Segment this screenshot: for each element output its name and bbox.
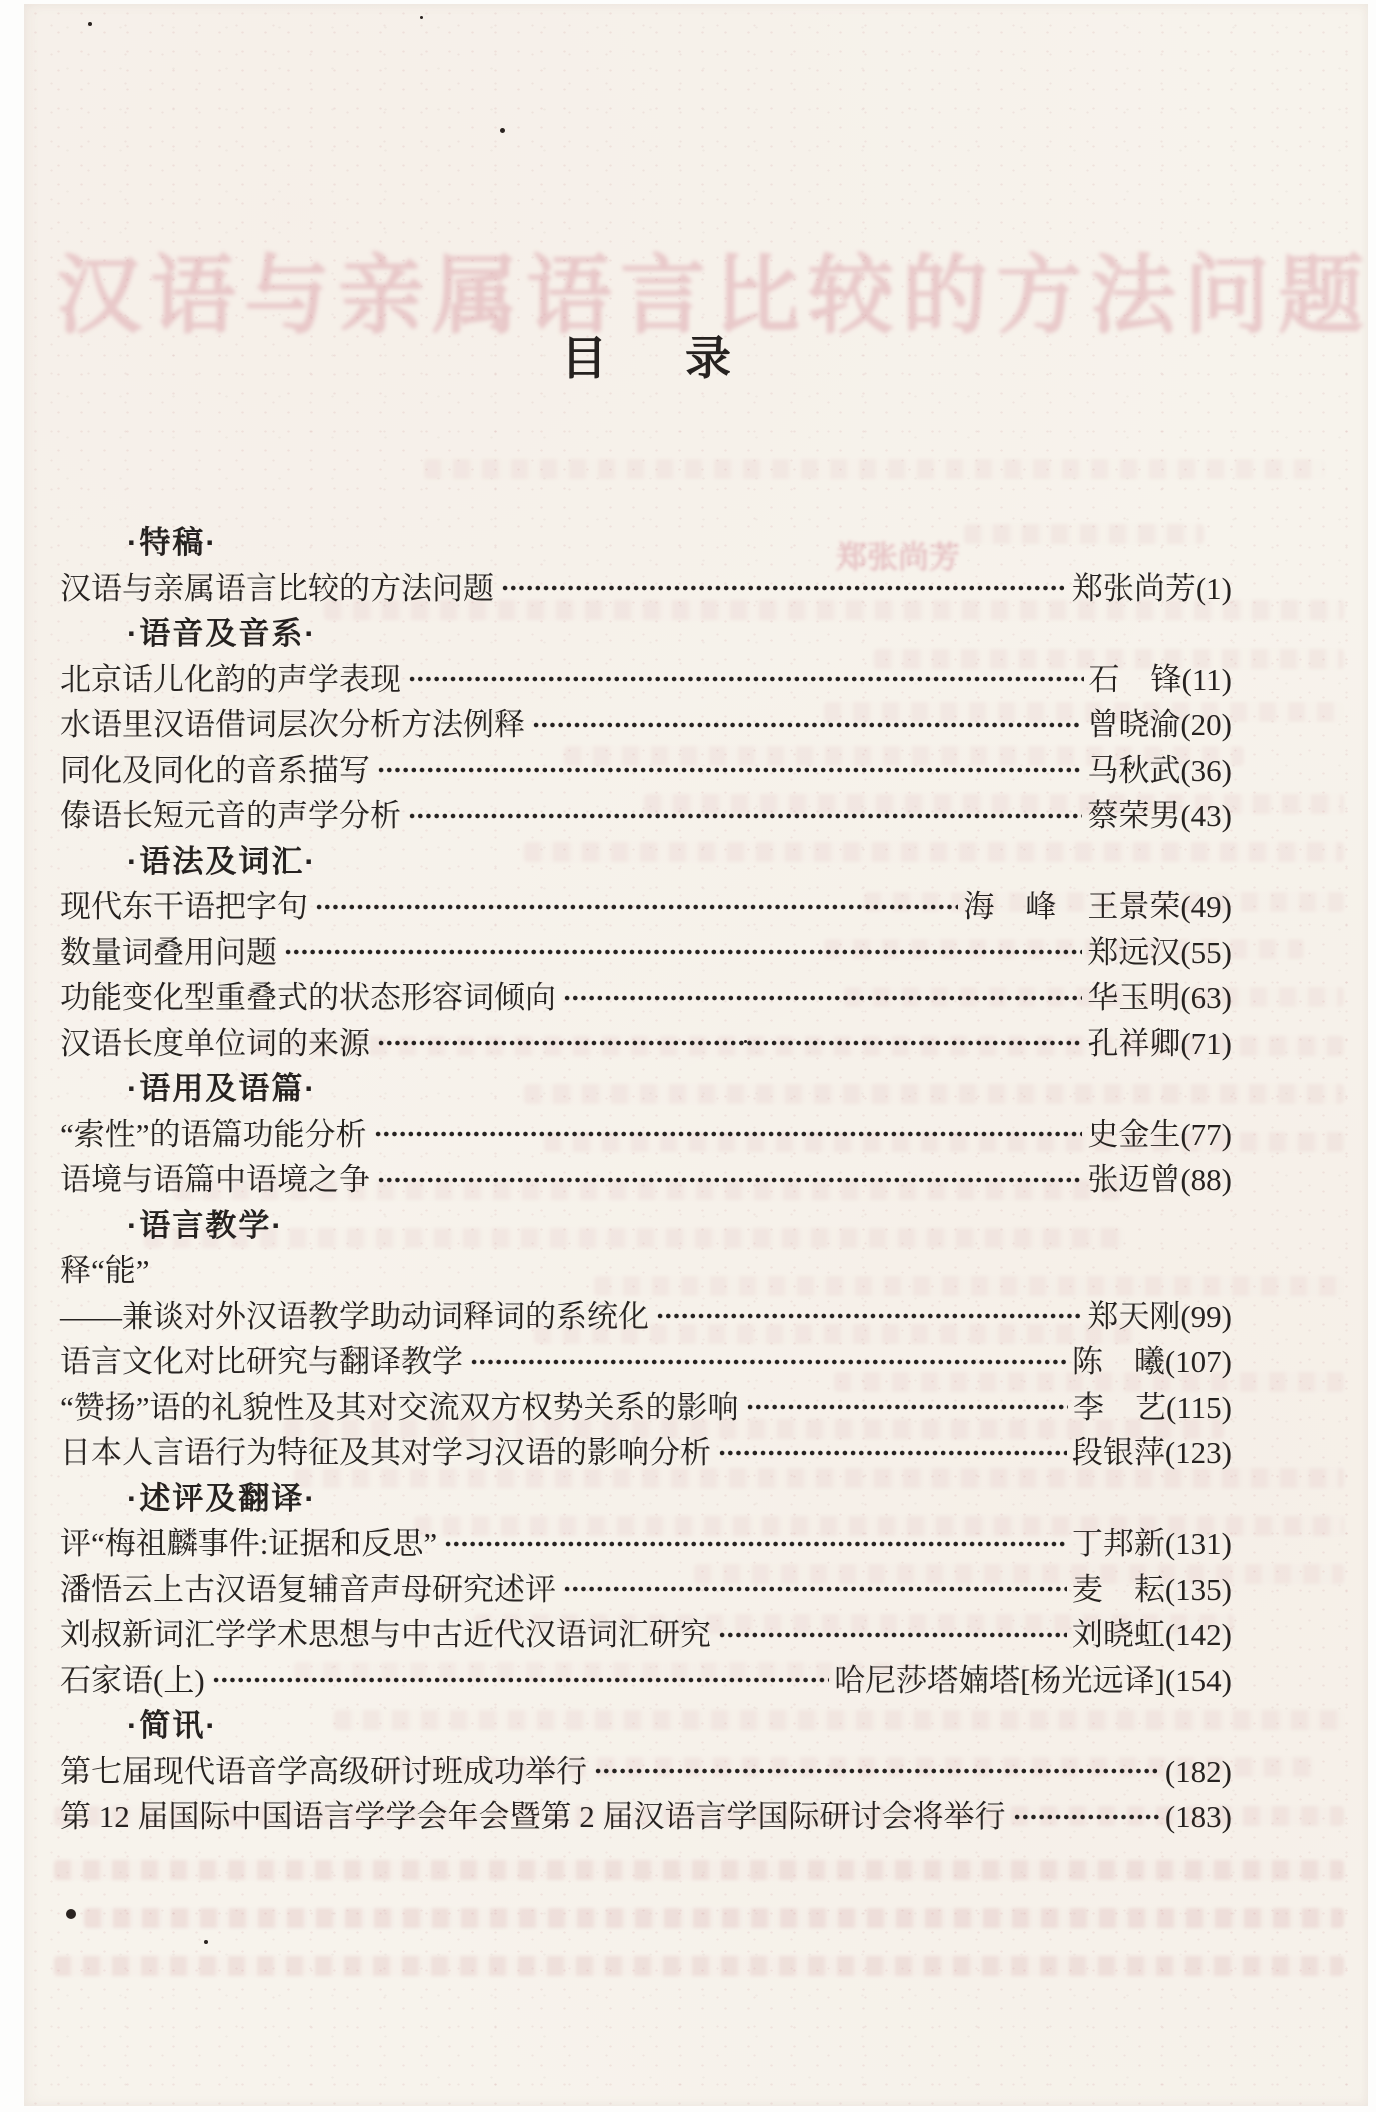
entry-author: 李 艺 <box>1073 1392 1166 1423</box>
entry-page-number: (131) <box>1165 1528 1232 1559</box>
scanner-background: 汉语与亲属语言比较的方法问题 郑张尚芳 目录 ·特稿·汉语与亲属语言比较的方法问… <box>0 0 1376 2112</box>
entry-page-number: (1) <box>1196 573 1232 604</box>
entry-title: 第 12 届国际中国语言学学会年会暨第 2 届汉语言学国际研讨会将举行 <box>60 1801 1006 1832</box>
ink-speck <box>66 1909 76 1919</box>
entry-title: ——兼谈对外汉语教学助动词释词的系统化 <box>60 1301 649 1332</box>
entry-page-number: (43) <box>1180 800 1232 831</box>
entry-page-number: (55) <box>1180 937 1232 968</box>
entry-page-number: (11) <box>1182 664 1233 695</box>
entry-author: 刘晓虹 <box>1072 1619 1165 1650</box>
bleedthrough-line <box>54 1860 1344 1880</box>
entry-author: 陈 曦 <box>1072 1346 1165 1377</box>
entry-author: 郑天刚 <box>1087 1301 1180 1332</box>
entry-author: 曾晓渝 <box>1087 709 1180 740</box>
toc-entry: 第七届现代语音学高级研讨班成功举行(182) <box>60 1749 1232 1795</box>
entry-page-number: (135) <box>1165 1574 1232 1605</box>
entry-title: “赞扬”语的礼貌性及其对交流双方权势关系的影响 <box>60 1392 739 1423</box>
entry-author: 张迈曾 <box>1087 1164 1180 1195</box>
toc-entry: 日本人言语行为特征及其对学习汉语的影响分析段银萍(123) <box>60 1430 1232 1476</box>
entry-title: 汉语与亲属语言比较的方法问题 <box>60 573 494 604</box>
dotted-leader <box>377 1157 1082 1203</box>
dotted-leader <box>470 1339 1067 1385</box>
entry-title: 汉语长度单位词的来源 <box>60 1028 370 1059</box>
entry-page-number: (49) <box>1180 891 1232 922</box>
entry-title: 同化及同化的音系描写 <box>60 755 370 786</box>
entry-author: 麦 耘 <box>1072 1574 1165 1605</box>
entry-page-number: (115) <box>1166 1392 1232 1423</box>
entry-author: 哈尼莎塔婻塔[杨光远译] <box>834 1665 1165 1696</box>
entry-page-number: (154) <box>1165 1665 1232 1696</box>
entry-title: 水语里汉语借词层次分析方法例释 <box>60 709 525 740</box>
toc-section-header: ·语言教学· <box>60 1203 1232 1249</box>
ink-speck <box>420 16 423 19</box>
entry-author: 石 锋 <box>1089 664 1182 695</box>
toc-entry: 语言文化对比研究与翻译教学陈 曦(107) <box>60 1339 1232 1385</box>
section-label: ·语用及语篇· <box>60 1073 317 1104</box>
entry-page-number: (123) <box>1165 1437 1232 1468</box>
toc-section-header: ·简讯· <box>60 1703 1232 1749</box>
bleedthrough-line <box>84 1908 1344 1928</box>
dotted-leader <box>501 566 1067 612</box>
dotted-leader <box>532 702 1082 748</box>
toc-section-header: ·特稿· <box>60 520 1232 566</box>
toc-entry: 汉语与亲属语言比较的方法问题郑张尚芳(1) <box>60 566 1232 612</box>
entry-author: 孔祥卿 <box>1087 1028 1180 1059</box>
dotted-leader <box>718 1430 1067 1476</box>
table-of-contents: ·特稿·汉语与亲属语言比较的方法问题郑张尚芳(1)·语音及音系·北京话儿化韵的声… <box>60 520 1232 1840</box>
entry-page-number: (88) <box>1180 1164 1232 1195</box>
section-label: ·述评及翻译· <box>60 1483 317 1514</box>
entry-title: 北京话儿化韵的声学表现 <box>60 664 401 695</box>
toc-entry: 水语里汉语借词层次分析方法例释曾晓渝(20) <box>60 702 1232 748</box>
entry-title: 评“梅祖麟事件:证据和反思” <box>60 1528 437 1559</box>
section-label: ·简讯· <box>60 1710 218 1741</box>
entry-page-number: (20) <box>1180 709 1232 740</box>
dotted-leader <box>408 793 1082 839</box>
entry-author: 郑远汉 <box>1087 937 1180 968</box>
entry-title: 第七届现代语音学高级研讨班成功举行 <box>60 1756 587 1787</box>
toc-entry: “索性”的语篇功能分析史金生(77) <box>60 1112 1232 1158</box>
entry-title: 日本人言语行为特征及其对学习汉语的影响分析 <box>60 1437 711 1468</box>
dotted-leader <box>718 1612 1067 1658</box>
toc-entry: ——兼谈对外汉语教学助动词释词的系统化郑天刚(99) <box>60 1294 1232 1340</box>
entry-title: 功能变化型重叠式的状态形容词倾向 <box>60 982 556 1013</box>
entry-author: 华玉明 <box>1087 982 1180 1013</box>
section-label: ·语音及音系· <box>60 618 317 649</box>
ink-speck <box>204 1940 208 1944</box>
dotted-leader <box>563 975 1082 1021</box>
section-label: ·语法及词汇· <box>60 846 317 877</box>
entry-author: 丁邦新 <box>1072 1528 1165 1559</box>
ink-speck <box>500 128 505 133</box>
dotted-leader <box>284 930 1082 976</box>
entry-page-number: (142) <box>1165 1619 1232 1650</box>
bleedthrough-line <box>424 459 1324 479</box>
section-label: ·语言教学· <box>60 1210 284 1241</box>
entry-author: 郑张尚芳 <box>1072 573 1196 604</box>
toc-entry: 傣语长短元音的声学分析蔡荣男(43) <box>60 793 1232 839</box>
dotted-leader <box>374 1112 1083 1158</box>
dotted-leader <box>746 1385 1068 1431</box>
entry-title: 潘悟云上古汉语复辅音声母研究述评 <box>60 1574 556 1605</box>
entry-page-number: (77) <box>1180 1119 1232 1150</box>
toc-entry: 数量词叠用问题郑远汉(55) <box>60 930 1232 976</box>
dotted-leader <box>212 1658 830 1704</box>
entry-page-number: (107) <box>1165 1346 1232 1377</box>
toc-entry: 汉语长度单位词的来源孔祥卿(71) <box>60 1021 1232 1067</box>
entry-author: 蔡荣男 <box>1087 800 1180 831</box>
entry-title: 现代东干语把字句 <box>60 891 308 922</box>
entry-page-number: (182) <box>1165 1756 1232 1787</box>
dotted-leader <box>444 1521 1067 1567</box>
toc-entry: 评“梅祖麟事件:证据和反思”丁邦新(131) <box>60 1521 1232 1567</box>
entry-author: 段银萍 <box>1072 1437 1165 1468</box>
toc-entry: 潘悟云上古汉语复辅音声母研究述评麦 耘(135) <box>60 1567 1232 1613</box>
entry-author: 史金生 <box>1087 1119 1180 1150</box>
entry-title: 语言文化对比研究与翻译教学 <box>60 1346 463 1377</box>
entry-title: 释“能” <box>60 1255 150 1286</box>
entry-page-number: (183) <box>1165 1801 1232 1832</box>
dotted-leader <box>315 884 958 930</box>
entry-title: 语境与语篇中语境之争 <box>60 1164 370 1195</box>
dotted-leader <box>377 1021 1082 1067</box>
entry-author: 马秋武 <box>1087 755 1180 786</box>
entry-page-number: (71) <box>1180 1028 1232 1059</box>
toc-section-header: ·语音及音系· <box>60 611 1232 657</box>
ink-speck <box>88 22 92 26</box>
entry-title: 刘叔新词汇学学术思想与中古近代汉语词汇研究 <box>60 1619 711 1650</box>
section-label: ·特稿· <box>60 527 218 558</box>
toc-section-header: ·述评及翻译· <box>60 1476 1232 1522</box>
page-title: 目录 <box>561 322 809 388</box>
dotted-leader <box>594 1749 1160 1795</box>
toc-section-header: ·语法及词汇· <box>60 839 1232 885</box>
toc-entry: 第 12 届国际中国语言学学会年会暨第 2 届汉语言学国际研讨会将举行(183) <box>60 1794 1232 1840</box>
dotted-leader <box>656 1294 1082 1340</box>
toc-entry: 北京话儿化韵的声学表现石 锋(11) <box>60 657 1232 703</box>
entry-title: 数量词叠用问题 <box>60 937 277 968</box>
entry-author: 海 峰 王景荣 <box>963 891 1180 922</box>
entry-title: “索性”的语篇功能分析 <box>60 1119 367 1150</box>
toc-entry: 释“能” <box>60 1248 1232 1294</box>
toc-section-header: ·语用及语篇· <box>60 1066 1232 1112</box>
dotted-leader <box>408 657 1084 703</box>
toc-entry: 同化及同化的音系描写马秋武(36) <box>60 748 1232 794</box>
entry-title: 傣语长短元音的声学分析 <box>60 800 401 831</box>
journal-toc-page: 汉语与亲属语言比较的方法问题 郑张尚芳 目录 ·特稿·汉语与亲属语言比较的方法问… <box>24 4 1368 2106</box>
toc-entry: 功能变化型重叠式的状态形容词倾向华玉明(63) <box>60 975 1232 1021</box>
toc-entry: 刘叔新词汇学学术思想与中古近代汉语词汇研究刘晓虹(142) <box>60 1612 1232 1658</box>
dotted-leader <box>1013 1794 1160 1840</box>
dotted-leader <box>563 1567 1067 1613</box>
dotted-leader <box>377 748 1082 794</box>
bleedthrough-line <box>54 1956 1344 1976</box>
toc-entry: “赞扬”语的礼貌性及其对交流双方权势关系的影响李 艺(115) <box>60 1385 1232 1431</box>
entry-page-number: (36) <box>1180 755 1232 786</box>
entry-page-number: (99) <box>1180 1301 1232 1332</box>
toc-entry: 语境与语篇中语境之争张迈曾(88) <box>60 1157 1232 1203</box>
toc-entry: 石家语(上)哈尼莎塔婻塔[杨光远译](154) <box>60 1658 1232 1704</box>
entry-title: 石家语(上) <box>60 1665 205 1696</box>
entry-page-number: (63) <box>1180 982 1232 1013</box>
toc-entry: 现代东干语把字句海 峰 王景荣(49) <box>60 884 1232 930</box>
ink-speck <box>744 1040 747 1043</box>
